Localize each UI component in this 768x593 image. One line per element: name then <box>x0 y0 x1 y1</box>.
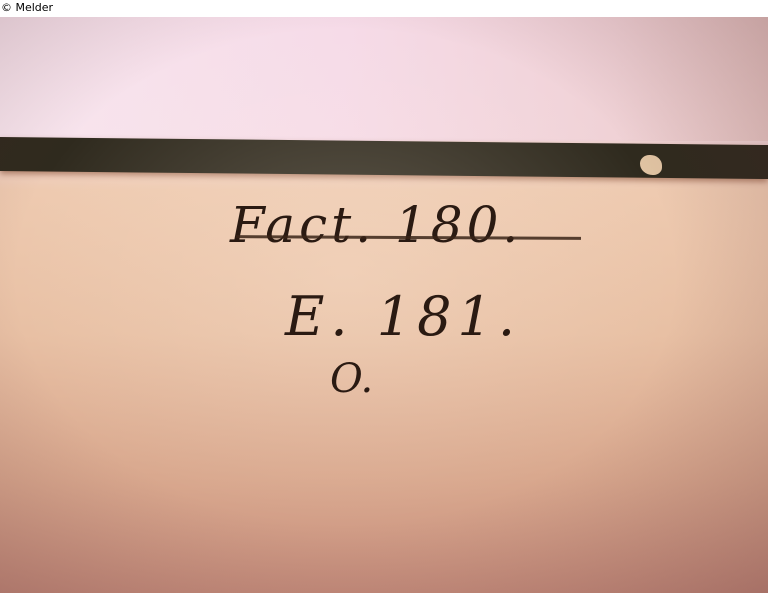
handwriting-line-struck: Fact. 180. <box>230 196 522 254</box>
credit-bar: © Melder <box>0 0 768 17</box>
handwriting-line-2: E. 181. <box>285 285 521 348</box>
copyright-credit: © Melder <box>1 1 53 15</box>
handwriting-line-3: O. <box>330 356 373 402</box>
